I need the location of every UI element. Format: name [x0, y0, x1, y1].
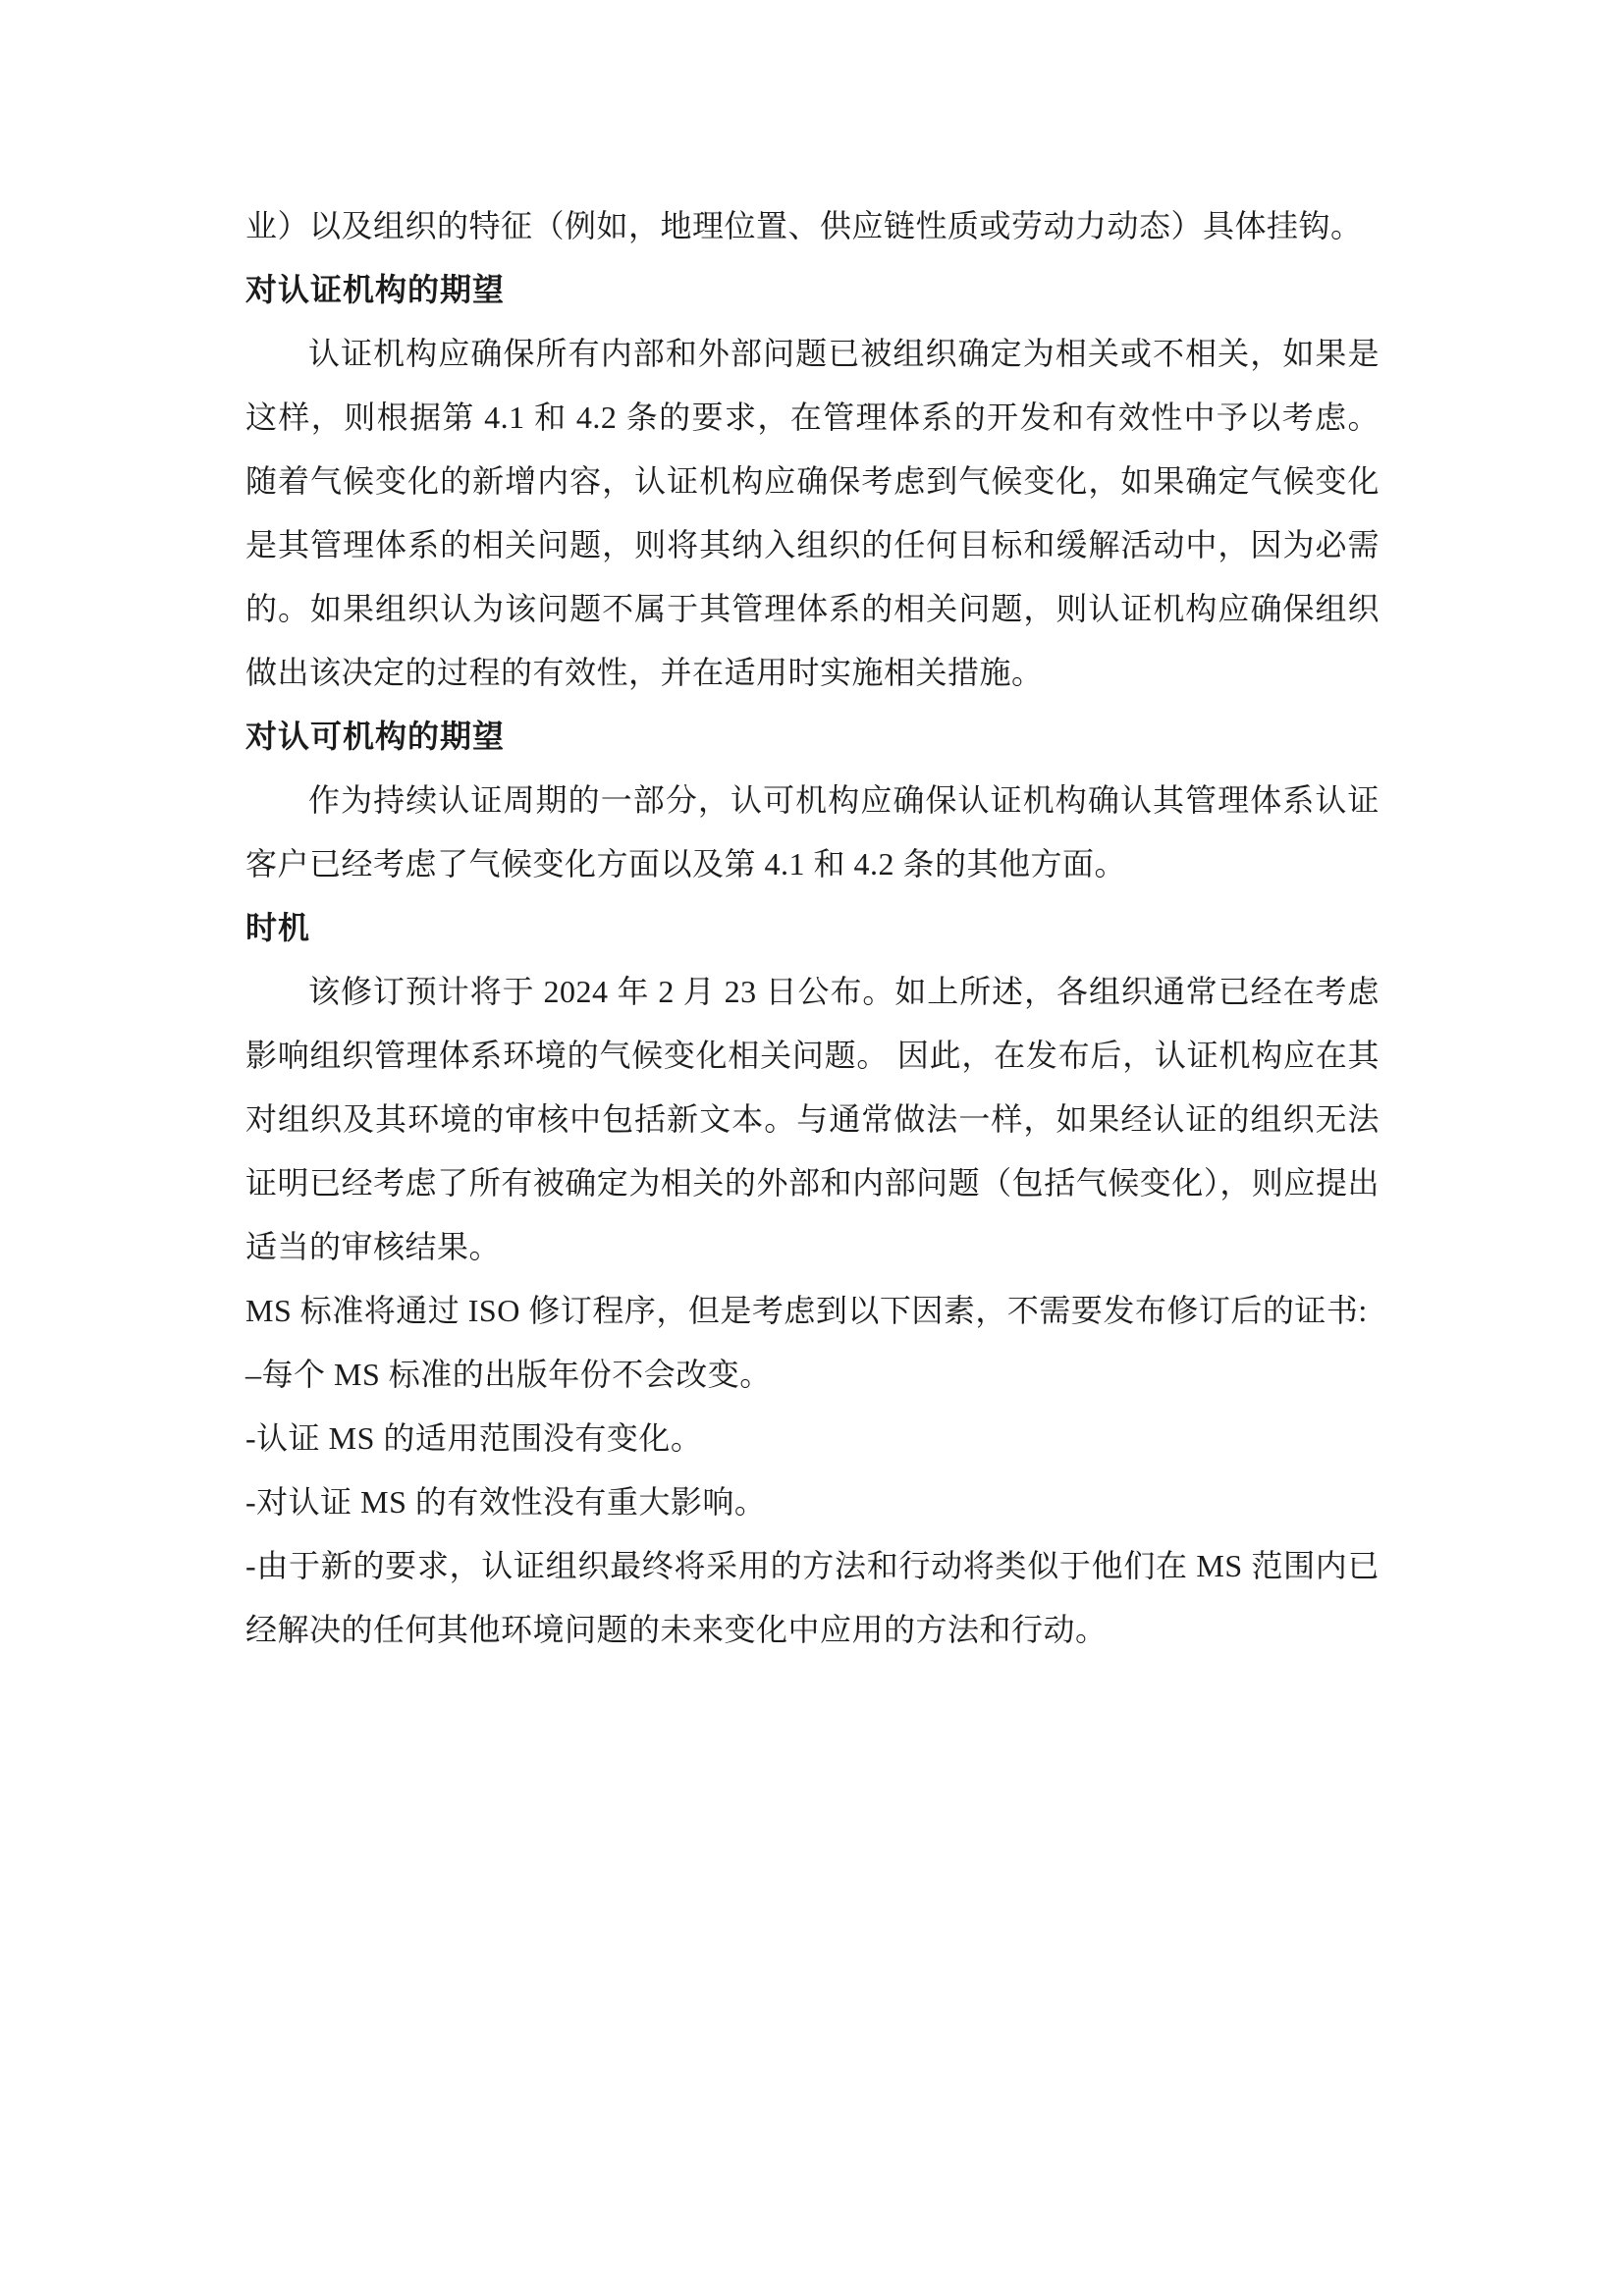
heading-expectations-certification-bodies: 对认证机构的期望: [245, 258, 1380, 322]
list-item-scope-unchanged: -认证 MS 的适用范围没有变化。: [245, 1407, 1380, 1470]
paragraph-accreditation-bodies-expectations: 作为持续认证周期的一部分，认可机构应确保认证机构确认其管理体系认证客户已经考虑了…: [245, 769, 1380, 896]
heading-timing: 时机: [245, 896, 1380, 960]
heading-expectations-accreditation-bodies: 对认可机构的期望: [245, 705, 1380, 769]
paragraph-certification-bodies-expectations: 认证机构应确保所有内部和外部问题已被组织确定为相关或不相关，如果是这样，则根据第…: [245, 322, 1380, 705]
list-item-validity-impact: -对认证 MS 的有效性没有重大影响。: [245, 1470, 1380, 1534]
paragraph-timing-details: 该修订预计将于 2024 年 2 月 23 日公布。如上所述，各组织通常已经在考…: [245, 960, 1380, 1279]
list-item-new-requirements-methods: -由于新的要求，认证组织最终将采用的方法和行动将类似于他们在 MS 范围内已经解…: [245, 1534, 1380, 1662]
paragraph-continuation-org-characteristics: 业）以及组织的特征（例如，地理位置、供应链性质或劳动力动态）具体挂钩。: [245, 194, 1380, 258]
document-page: 业）以及组织的特征（例如，地理位置、供应链性质或劳动力动态）具体挂钩。 对认证机…: [0, 0, 1624, 2296]
list-item-publication-year: –每个 MS 标准的出版年份不会改变。: [245, 1343, 1380, 1407]
paragraph-ms-revision-intro: MS 标准将通过 ISO 修订程序，但是考虑到以下因素，不需要发布修订后的证书:: [245, 1279, 1380, 1343]
